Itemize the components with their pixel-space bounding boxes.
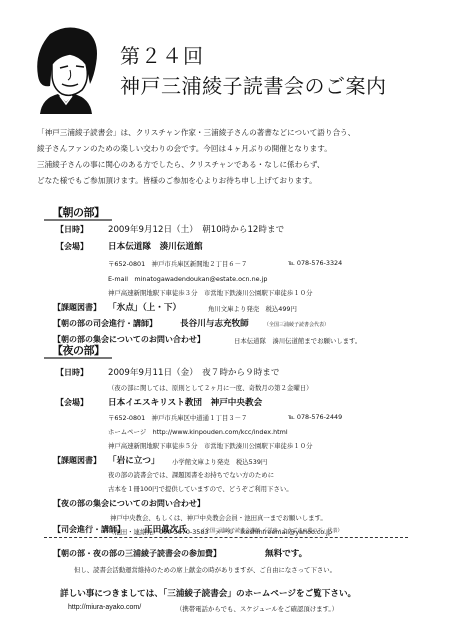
morning-tel: ℡ 078-576-3324 [288, 259, 342, 267]
evening-homepage[interactable]: ホームページ http://www.kinpouden.com/kcc/inde… [108, 427, 288, 436]
evening-venue: 日本イエスキリスト教団 神戸中央教会 [108, 396, 262, 408]
evening-tel: ℡ 078-576-2449 [288, 413, 342, 421]
evening-datetime: 2009年9月11日（金） 夜７時から９時まで [108, 366, 279, 378]
morning-datetime-label: 【日時】 [56, 224, 88, 235]
evening-datetime-label: 【日時】 [56, 367, 88, 378]
evening-host-note: （全国三浦綾子読書会講師 「学座・とうごまの葉の下」代表） [200, 527, 343, 534]
morning-venue-label: 【会場】 [56, 241, 88, 252]
evening-section-heading: 【夜の部】 [52, 342, 105, 358]
morning-heading-underline [44, 219, 112, 221]
portrait-illustration-icon [30, 24, 102, 114]
evening-book-note: 夜の部の読書会では、課題図書をお持ちでない方のために [108, 470, 274, 479]
morning-section-heading: 【朝の部】 [52, 204, 105, 220]
morning-address: 〒652-0801 神戸市兵庫区新開地２丁目６－７ [108, 259, 247, 268]
evening-access: 神戸高速新開地駅下車徒歩５分 市営地下鉄湊川公園駅下車徒歩１０分 [108, 441, 313, 450]
fee-value: 無料です。 [265, 547, 307, 559]
evening-book-info: 小学館文庫より発売 税込539円 [172, 457, 267, 466]
evening-contact: 神戸中央教会、もしくは、神戸中央教会会員・池田真一までお願いします。 [110, 513, 327, 522]
morning-datetime: 2009年9月12日（土） 朝10時から12時まで [108, 223, 284, 235]
event-number-title: 第２４回 [120, 40, 204, 69]
evening-book-note: 古本を１冊100円で提供していますので、どうぞご利用下さい。 [108, 484, 293, 493]
dashed-divider [44, 537, 408, 538]
morning-host-note: （全国三浦綾子読書会代表） [264, 321, 329, 328]
intro-line: 綾子さんファンのための楽しい交わりの会です。今回は４ヶ月ぶりの開催となります。 [37, 143, 332, 154]
footer-url-note: （携帯電話からでも、スケジュールをご確認頂けます。） [176, 604, 338, 613]
morning-access: 神戸高速新開地駅下車徒歩３分 市営地下鉄湊川公園駅下車徒歩１０分 [108, 288, 313, 297]
intro-line: 三浦綾子さんの事に関心のある方でしたら、クリスチャンである・なしに係わらず、 [37, 159, 324, 170]
morning-email[interactable]: E-mail minatogawadendoukan@estate.ocn.ne… [108, 274, 267, 283]
evening-datetime-note: （夜の部に関しては、原則として２ヶ月に一度、奇数月の第２金曜日） [108, 383, 313, 392]
fee-note: 但し、読書会活動運営維持のための席上献金の時がありますが、ご自由になさって下さい… [74, 565, 336, 574]
morning-contact: 日本伝道隊 湊川伝道館までお願いします。 [234, 336, 361, 345]
fee-label: 【朝の部・夜の部の三浦綾子読書会の参加費】 [53, 548, 221, 559]
morning-host: 長谷川与志充牧師 [180, 317, 249, 329]
evening-address: 〒652-0801 神戸市兵庫区中道通１丁目３－７ [108, 413, 247, 422]
evening-contact-label: 【夜の部の集会についてのお問い合わせ】 [53, 498, 205, 509]
page-title: 神戸三浦綾子読書会のご案内 [120, 70, 387, 99]
evening-heading-underline [44, 357, 112, 359]
evening-host-label: 【司会進行・講師】 [53, 524, 125, 535]
morning-book-label: 【課題図書】 [53, 302, 101, 313]
morning-book-info: 角川文庫より発売 税込499円 [208, 304, 297, 313]
footer-info-line: 詳しい事につきましては、「三浦綾子読書会」のホームページをご覧下さい。 [60, 587, 356, 599]
intro-line: どなた様でもご参加頂けます。皆様のご参加を心よりお待ち申し上げております。 [37, 175, 317, 186]
evening-book-label: 【課題図書】 [53, 455, 101, 466]
intro-line: 「神戸三浦綾子読書会」は、クリスチャン作家・三浦綾子さんの著書などについて語り合… [37, 127, 355, 138]
footer-url-link[interactable]: http://miura-ayako.com/ [68, 604, 141, 611]
evening-venue-label: 【会場】 [56, 397, 88, 408]
morning-venue: 日本伝道隊 湊川伝道館 [108, 240, 203, 252]
morning-host-label: 【朝の部の司会進行・講師】 [53, 318, 157, 329]
evening-host: 正田眞次氏 [144, 523, 187, 535]
morning-book: 「氷点」（上・下） [108, 301, 181, 313]
evening-book: 「岩に立つ」 [108, 454, 160, 466]
